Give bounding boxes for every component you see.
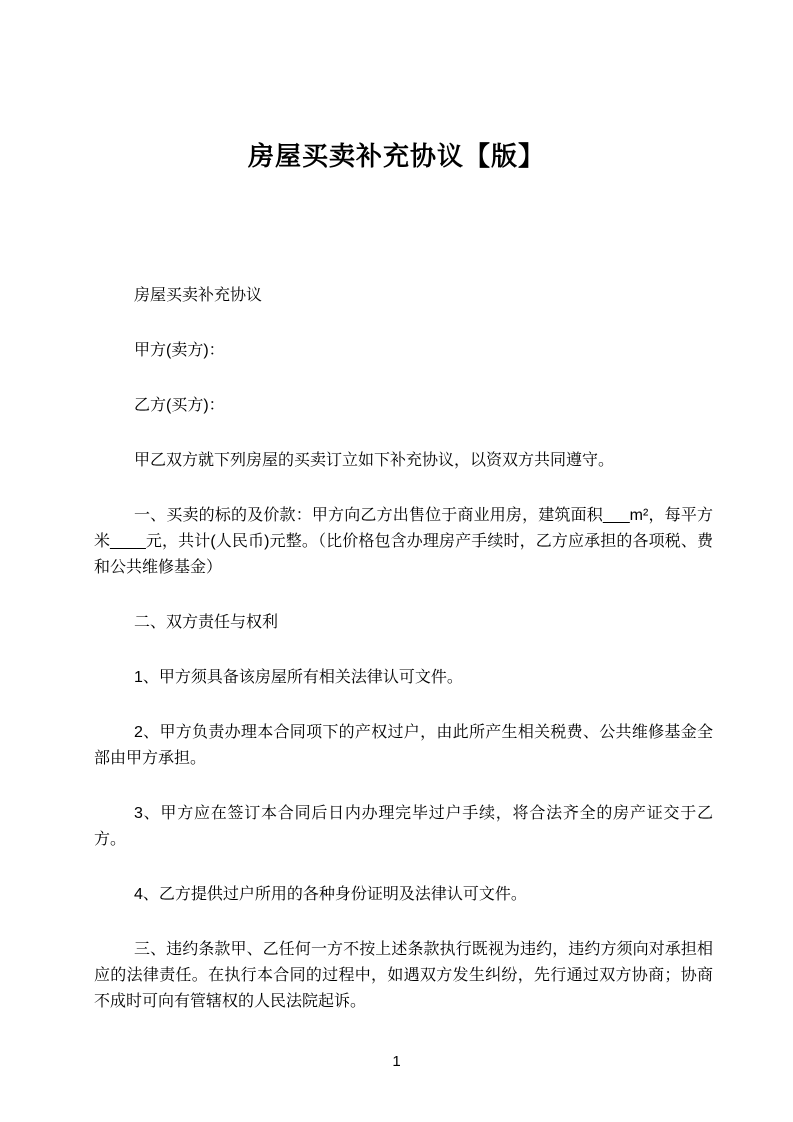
- para-agreement-name: 房屋买卖补充协议: [94, 283, 713, 309]
- para-clause-3-breach: 三、违约条款甲、乙任何一方不按上述条款执行既视为违约，违约方须向对承担相应的法律…: [94, 937, 713, 1015]
- para-clause-2-heading: 二、双方责任与权利: [94, 610, 713, 636]
- para-item-2: 2、甲方负责办理本合同项下的产权过户，由此所产生相关税费、公共维修基金全部由甲方…: [94, 720, 713, 772]
- para-preamble: 甲乙双方就下列房屋的买卖订立如下补充协议，以资双方共同遵守。: [94, 448, 713, 474]
- document-body: 房屋买卖补充协议 甲方(卖方)： 乙方(买方)： 甲乙双方就下列房屋的买卖订立如…: [0, 283, 793, 1015]
- page-number: 1: [0, 1052, 793, 1072]
- para-item-3: 3、甲方应在签订本合同后日内办理完毕过户手续，将合法齐全的房产证交于乙方。: [94, 801, 713, 853]
- para-party-b-buyer: 乙方(买方)：: [94, 393, 713, 419]
- para-clause-1-price: 一、买卖的标的及价款：甲方向乙方出售位于商业用房，建筑面积___m²，每平方米_…: [94, 503, 713, 581]
- para-item-1: 1、甲方须具备该房屋所有相关法律认可文件。: [94, 665, 713, 691]
- para-party-a-seller: 甲方(卖方)：: [94, 338, 713, 364]
- document-page: 房屋买卖补充协议【版】 房屋买卖补充协议 甲方(卖方)： 乙方(买方)： 甲乙双…: [0, 0, 793, 1122]
- document-title: 房屋买卖补充协议【版】: [0, 0, 793, 173]
- para-item-4: 4、乙方提供过户所用的各种身份证明及法律认可文件。: [94, 882, 713, 908]
